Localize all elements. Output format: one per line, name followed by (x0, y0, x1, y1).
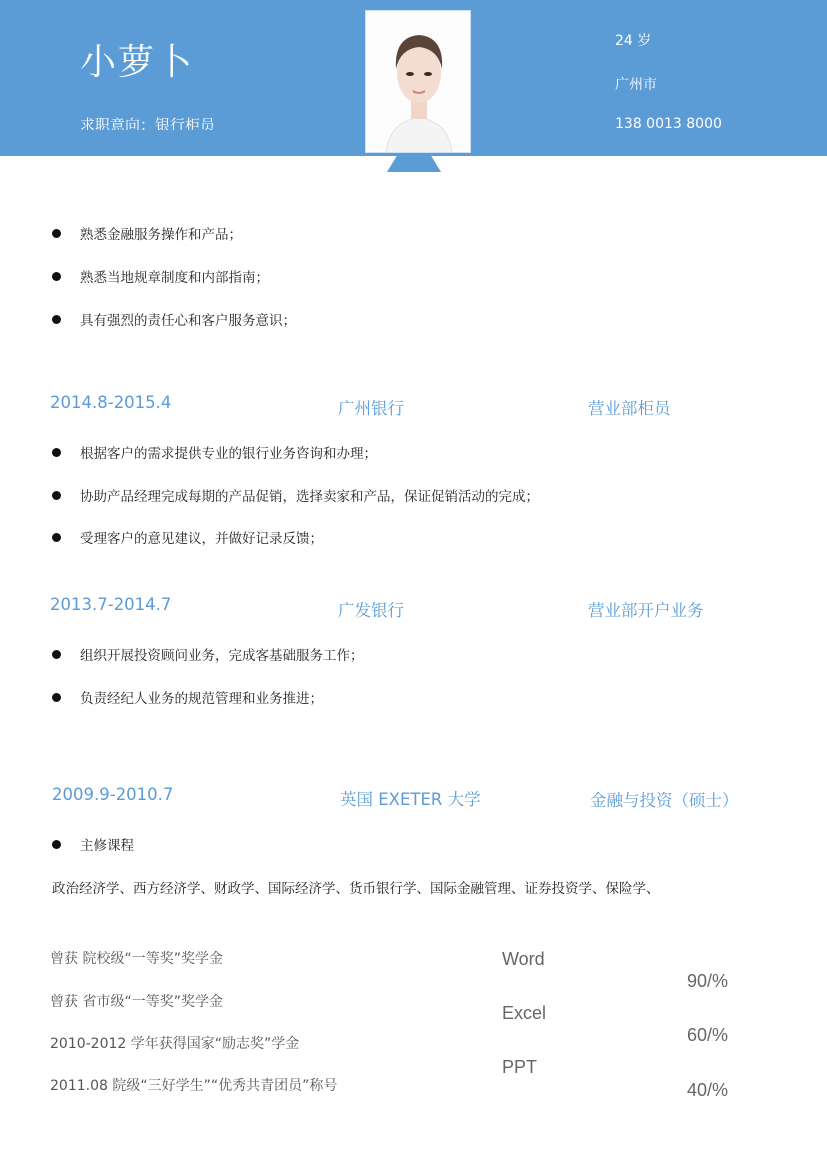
strength-text: 具有强烈的责任心和客户服务意识； (80, 309, 296, 329)
candidate-name: 小萝卜 (80, 34, 194, 85)
bullet-icon (52, 491, 61, 500)
edu-school: 英国 EXETER 大学 (340, 786, 481, 810)
duty-text: 根据客户的需求提供专业的银行业务咨询和办理； (80, 442, 377, 462)
bullet-icon (52, 229, 61, 238)
duty-text: 协助产品经理完成每期的产品促销，选择卖家和产品，保证促销活动的完成； (80, 485, 539, 505)
exp-period: 2013.7-2014.7 (50, 595, 171, 614)
duty-text: 受理客户的意见建议，并做好记录反馈； (80, 527, 323, 547)
award-item: 曾获 院校级“一等奖”奖学金 (50, 948, 223, 968)
edu-major: 金融与投资（硕士） (590, 787, 739, 811)
portrait-icon (366, 11, 471, 153)
skill-value: 60/% (687, 1025, 728, 1046)
job-objective: 求职意向：银行柜员 (80, 114, 215, 130)
bullet-icon (52, 315, 61, 324)
course-list: 政治经济学、西方经济学、财政学、国际经济学、货币银行学、国际金融管理、证券投资学… (52, 877, 660, 897)
age: 24 岁 (615, 30, 651, 50)
skill-value: 40/% (687, 1080, 728, 1101)
bullet-icon (52, 693, 61, 702)
skill-name: Word (502, 949, 545, 970)
bullet-icon (52, 533, 61, 542)
duty-item: 受理客户的意见建议，并做好记录反馈； (52, 527, 323, 547)
exp-period: 2014.8-2015.4 (50, 393, 171, 412)
skill-name: Excel (502, 1003, 546, 1024)
duty-item: 根据客户的需求提供专业的银行业务咨询和办理； (52, 442, 377, 462)
edu-period: 2009.9-2010.7 (52, 785, 173, 804)
skill-value: 90/% (687, 971, 728, 992)
bullet-icon (52, 650, 61, 659)
duty-item: 负责经纪人业务的规范管理和业务推进； (52, 687, 323, 707)
bullet-icon (52, 840, 61, 849)
strength-text: 熟悉当地规章制度和内部指南； (80, 266, 269, 286)
bullet-icon (52, 448, 61, 457)
strength-item: 熟悉金融服务操作和产品； (52, 223, 242, 243)
courses-label: 主修课程 (80, 834, 134, 854)
profile-photo (365, 10, 471, 153)
exp-position: 营业部柜员 (588, 395, 671, 419)
duty-text: 组织开展投资顾问业务，完成客基础服务工作； (80, 644, 364, 664)
photo-tab-decoration (387, 156, 441, 172)
exp-company: 广发银行 (338, 597, 404, 621)
strength-item: 具有强烈的责任心和客户服务意识； (52, 309, 296, 329)
courses-heading: 主修课程 (52, 834, 134, 854)
skill-name: PPT (502, 1057, 537, 1078)
phone: 138 0013 8000 (615, 116, 722, 132)
duty-item: 组织开展投资顾问业务，完成客基础服务工作； (52, 644, 364, 664)
exp-company: 广州银行 (338, 395, 404, 419)
award-item: 曾获 省市级“一等奖”奖学金 (50, 991, 223, 1011)
award-item: 2011.08 院级“三好学生”“优秀共青团员”称号 (50, 1075, 337, 1095)
strength-item: 熟悉当地规章制度和内部指南； (52, 266, 269, 286)
exp-position: 营业部开户业务 (588, 597, 704, 621)
award-item: 2010-2012 学年获得国家“励志奖”学金 (50, 1033, 299, 1053)
city: 广州市 (615, 74, 657, 94)
bullet-icon (52, 272, 61, 281)
duty-text: 负责经纪人业务的规范管理和业务推进； (80, 687, 323, 707)
strength-text: 熟悉金融服务操作和产品； (80, 223, 242, 243)
duty-item: 协助产品经理完成每期的产品促销，选择卖家和产品，保证促销活动的完成； (52, 485, 539, 505)
